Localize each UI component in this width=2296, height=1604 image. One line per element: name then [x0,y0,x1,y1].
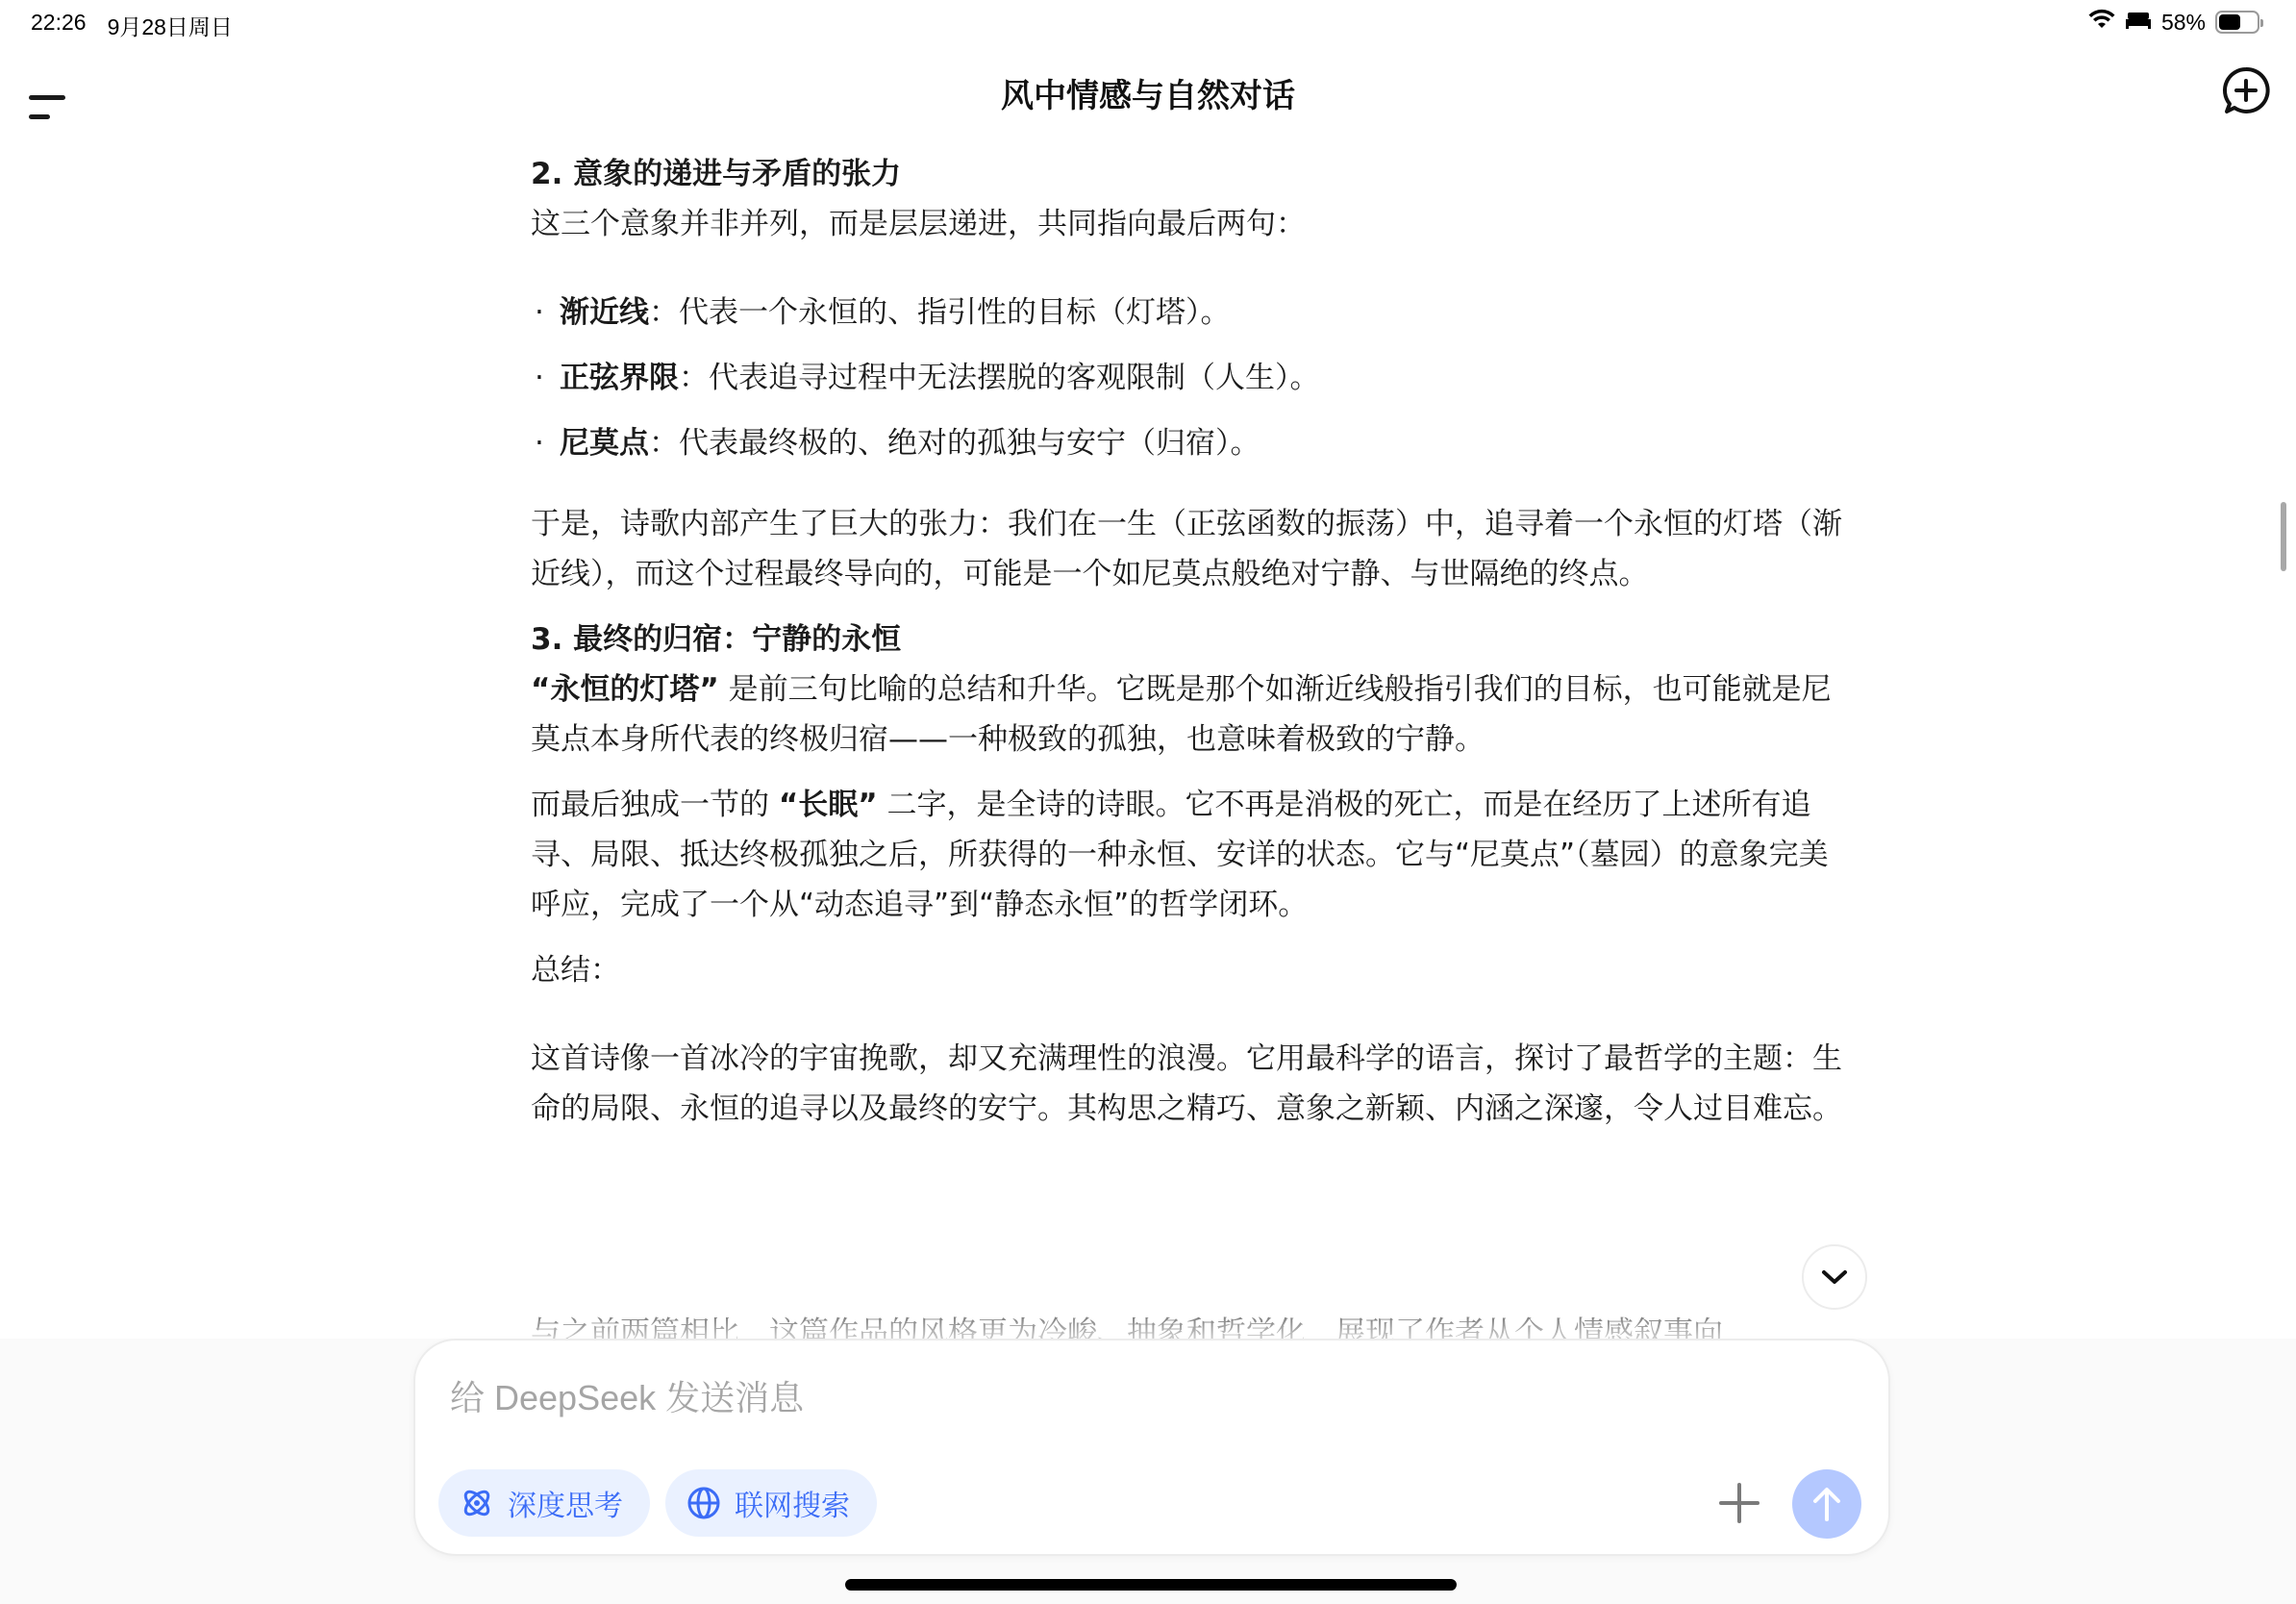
paragraph: 这三个意象并非并列，而是层层递进，共同指向最后两句： [531,199,1848,249]
bullet-term: 渐近线 [560,295,649,330]
list-item: · 尼莫点：代表最终极的、绝对的孤独与安宁（归宿）。 [531,418,1848,468]
message-input[interactable] [450,1369,1700,1427]
scroll-to-bottom-button[interactable] [1802,1244,1867,1310]
web-search-toggle[interactable]: 联网搜索 [665,1469,877,1537]
deep-think-label: 深度思考 [508,1482,623,1524]
list-item: · 渐近线：代表一个永恒的、指引性的目标（灯塔）。 [531,288,1848,338]
status-date: 9月28日周日 [108,10,233,41]
new-chat-button[interactable] [2221,65,2271,115]
attach-button[interactable] [1717,1481,1761,1525]
list-item: · 正弦界限：代表追寻过程中无法摆脱的客观限制（人生）。 [531,353,1848,403]
arrow-up-icon [1810,1485,1843,1523]
bullet-term: 正弦界限 [560,361,679,395]
paragraph: “永恒的灯塔” 是前三句比喻的总结和升华。它既是那个如渐近线般指引我们的目标，也… [531,664,1848,764]
wifi-icon [2088,9,2115,36]
bullet-text: ：代表一个永恒的、指引性的目标（灯塔）。 [649,295,1231,330]
bullet-text: ：代表最终极的、绝对的孤独与安宁（归宿）。 [649,426,1260,461]
nav-bar: 风中情感与自然对话 [0,58,2296,125]
assistant-message: 2. 意象的递进与矛盾的张力 这三个意象并非并列，而是层层递进，共同指向最后两句… [531,149,1848,1134]
chevron-down-icon [1820,1267,1849,1287]
globe-icon [686,1486,721,1520]
battery-percent: 58% [2161,10,2206,36]
conversation-title: 风中情感与自然对话 [0,69,2296,116]
scrollbar[interactable] [2281,502,2286,571]
paragraph-text: 而最后独成一节的 [531,788,769,822]
home-indicator[interactable] [845,1579,1457,1591]
send-button[interactable] [1792,1469,1861,1539]
web-search-label: 联网搜索 [735,1482,850,1524]
content-fade [0,1289,2296,1346]
battery-icon [2215,11,2259,34]
deep-think-toggle[interactable]: 深度思考 [438,1469,650,1537]
atom-icon [460,1486,494,1520]
bullet-term: 尼莫点 [560,426,649,461]
status-time: 22:26 [31,10,87,41]
bullet-text: ：代表追寻过程中无法摆脱的客观限制（人生）。 [679,361,1320,395]
paragraph: 于是，诗歌内部产生了巨大的张力：我们在一生（正弦函数的振荡）中，追寻着一个永恒的… [531,499,1848,599]
status-bar: 22:26 9月28日周日 58% [0,0,2296,46]
paragraph: 而最后独成一节的 “长眠” 二字，是全诗的诗眼。它不再是消极的死亡，而是在经历了… [531,780,1848,930]
bold-text: “长眠” [779,788,878,822]
bold-text: “永恒的灯塔” [531,672,719,707]
paragraph: 这首诗像一首冰冷的宇宙挽歌，却又充满理性的浪漫。它用最科学的语言，探讨了最哲学的… [531,1034,1848,1134]
new-chat-icon [2221,65,2271,115]
message-composer: 深度思考 联网搜索 [413,1339,1890,1556]
section-heading: 3. 最终的归宿：宁静的永恒 [531,614,1848,664]
bed-icon [2125,10,2152,36]
paragraph-text: 是前三句比喻的总结和升华。它既是那个如渐近线般指引我们的目标，也可能就是尼莫点本… [531,672,1832,757]
plus-icon [1717,1481,1761,1525]
summary-label: 总结： [531,945,1848,995]
section-heading: 2. 意象的递进与矛盾的张力 [531,149,1848,199]
